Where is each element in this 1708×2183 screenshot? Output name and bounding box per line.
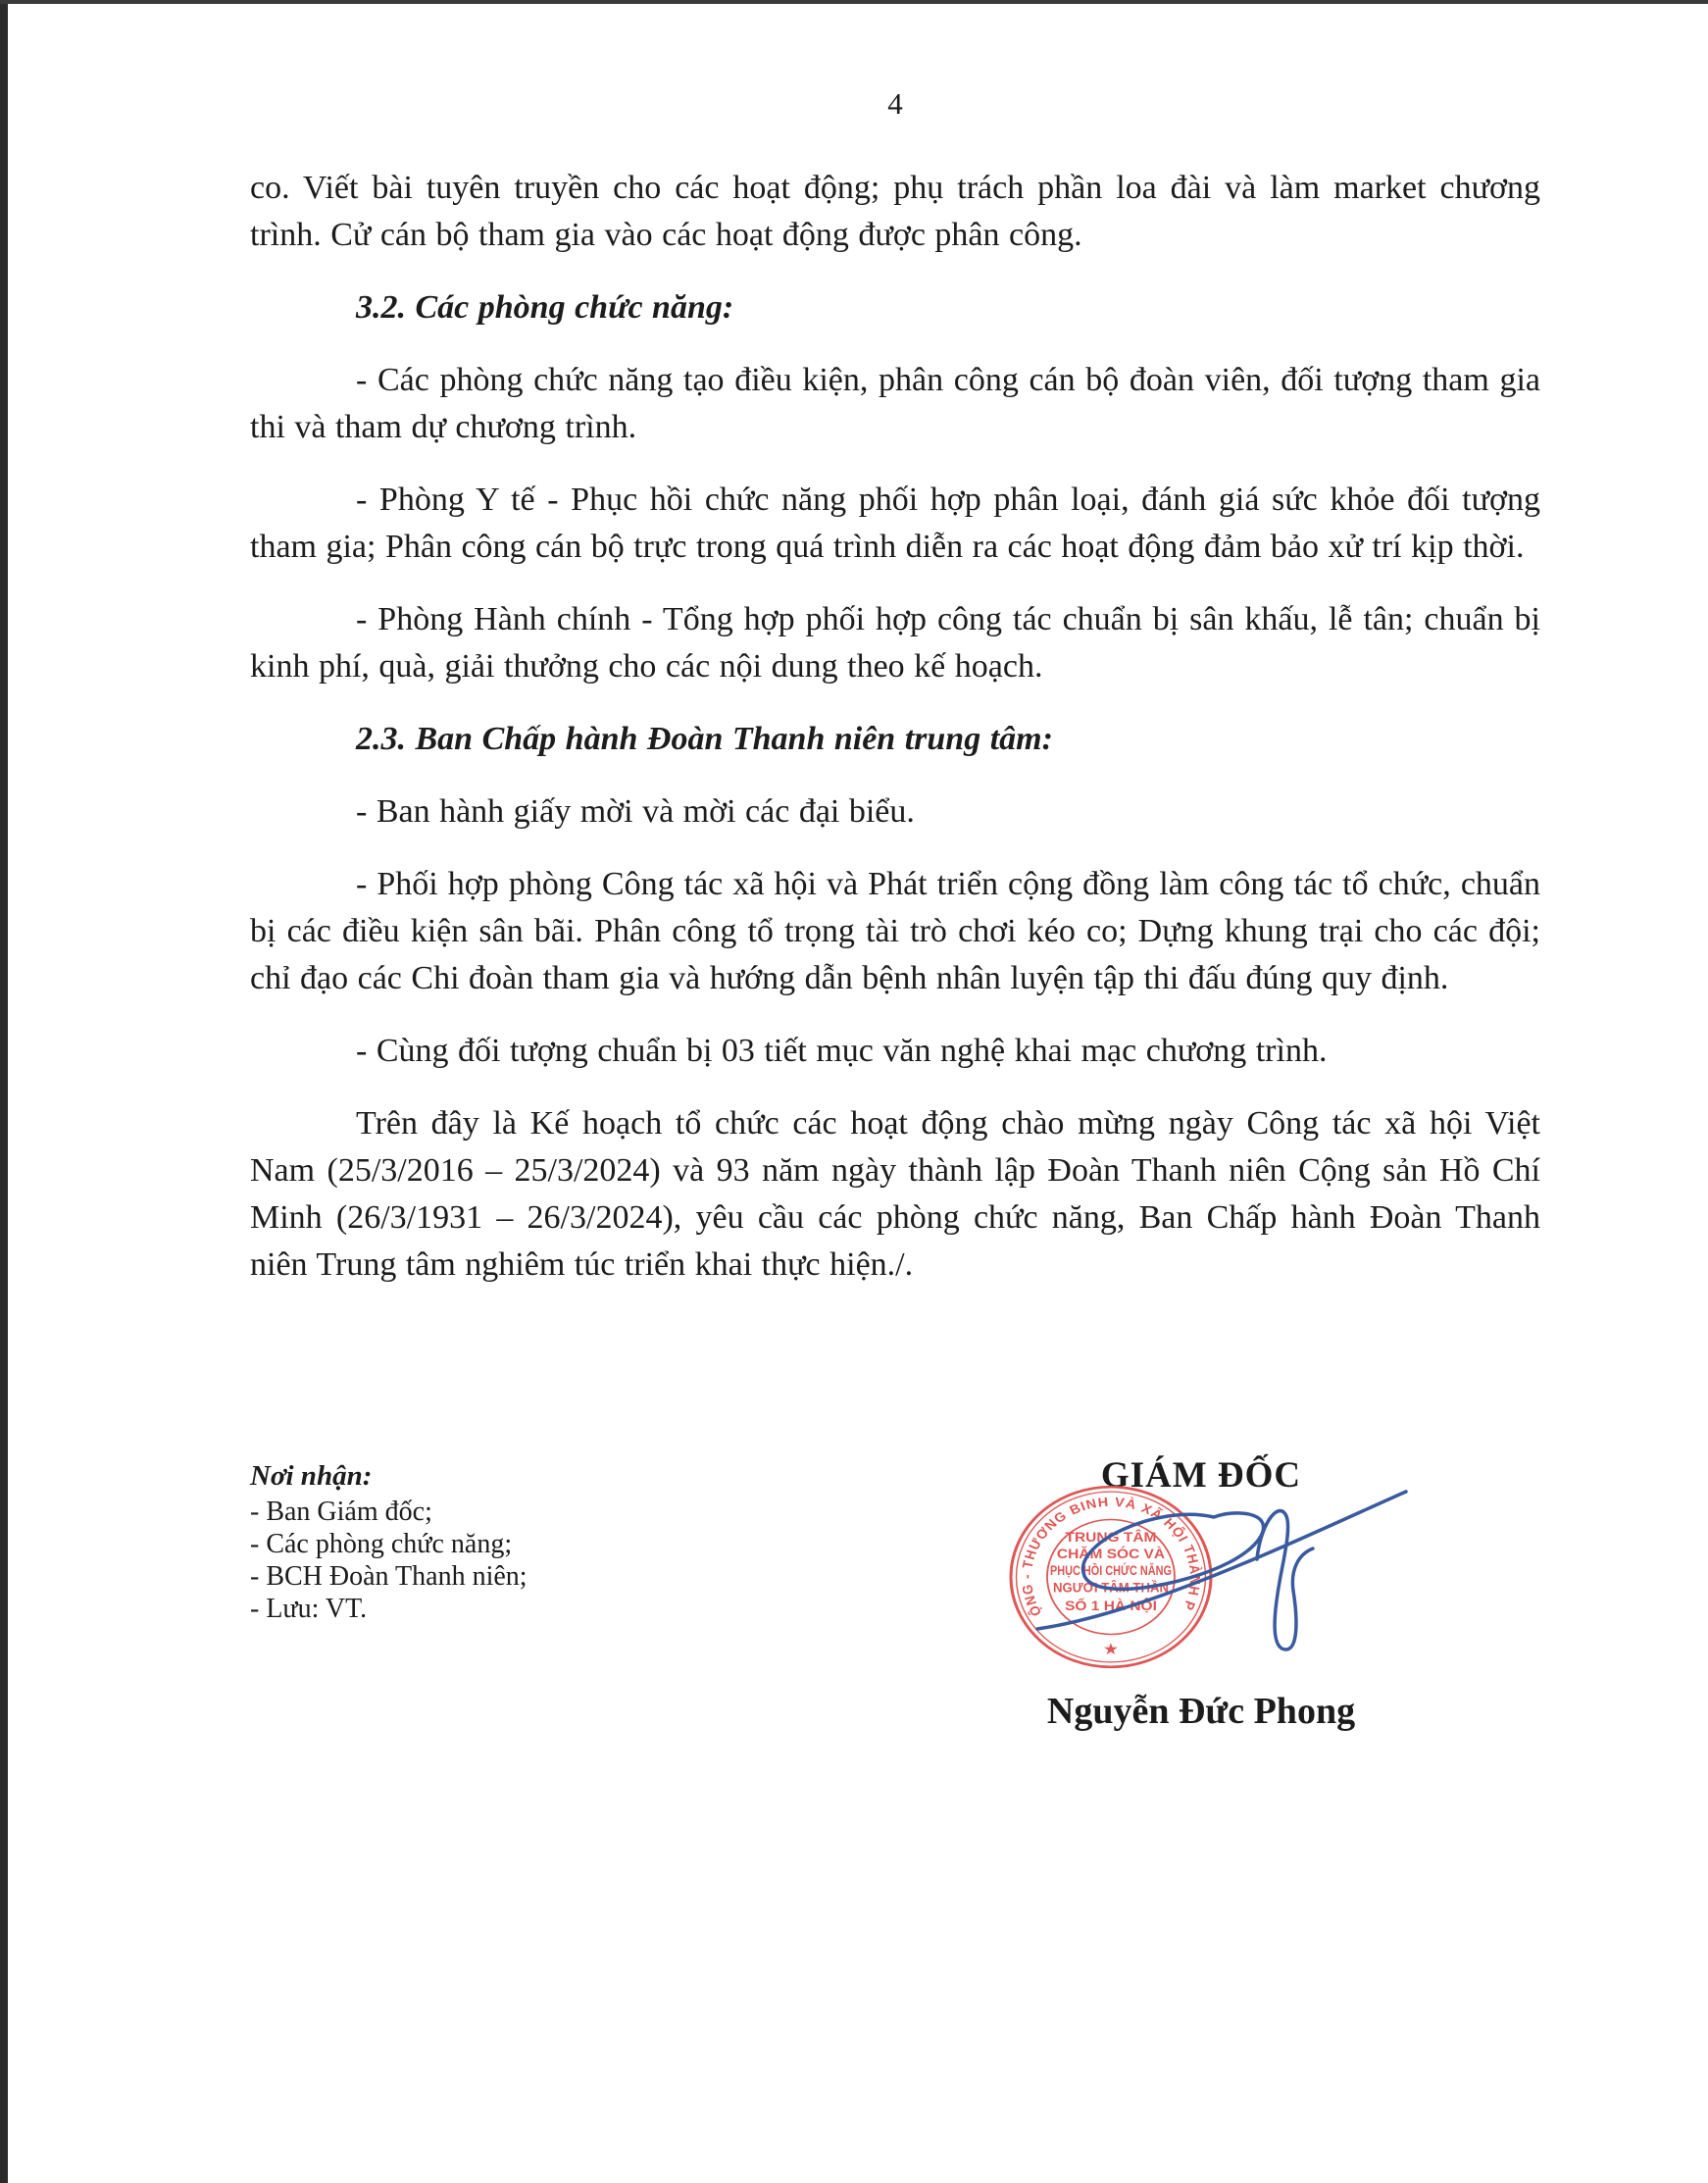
signature-stroke xyxy=(1037,1492,1406,1650)
recipient-item: - Các phòng chức năng; xyxy=(250,1528,740,1560)
page-number: 4 xyxy=(250,86,1540,122)
body-paragraph: - Ban hành giấy mời và mời các đại biểu. xyxy=(250,788,1540,836)
document-body: co. Viết bài tuyên truyền cho các hoạt đ… xyxy=(250,165,1540,1314)
body-paragraph: Trên đây là Kế hoạch tổ chức các hoạt độ… xyxy=(250,1100,1540,1289)
body-paragraph: - Cùng đối tượng chuẩn bị 03 tiết mục vă… xyxy=(250,1028,1540,1075)
recipient-item: - Ban Giám đốc; xyxy=(250,1496,740,1528)
body-paragraph: - Các phòng chức năng tạo điều kiện, phâ… xyxy=(250,357,1540,451)
section-heading: 2.3. Ban Chấp hành Đoàn Thanh niên trung… xyxy=(250,716,1540,763)
body-paragraph: co. Viết bài tuyên truyền cho các hoạt đ… xyxy=(250,165,1540,259)
body-paragraph: - Phòng Y tế - Phục hồi chức năng phối h… xyxy=(250,477,1540,571)
recipient-item: - BCH Đoàn Thanh niên; xyxy=(250,1560,740,1593)
document-page: 4 co. Viết bài tuyên truyền cho các hoạt… xyxy=(0,0,1708,2183)
body-paragraph: - Phối hợp phòng Công tác xã hội và Phát… xyxy=(250,861,1540,1002)
scan-edge-left xyxy=(0,0,8,2183)
recipient-item: - Lưu: VT. xyxy=(250,1593,740,1625)
recipients-block: Nơi nhận: - Ban Giám đốc;- Các phòng chứ… xyxy=(250,1459,740,1625)
scan-edge-top xyxy=(0,0,1708,4)
section-heading: 3.2. Các phòng chức năng: xyxy=(250,284,1540,331)
recipients-list: - Ban Giám đốc;- Các phòng chức năng;- B… xyxy=(250,1496,740,1625)
signer-name: Nguyễn Đức Phong xyxy=(1000,1690,1402,1733)
signature-image xyxy=(1010,1466,1422,1677)
recipients-title: Nơi nhận: xyxy=(250,1459,740,1493)
body-paragraph: - Phòng Hành chính - Tổng hợp phối hợp c… xyxy=(250,596,1540,690)
